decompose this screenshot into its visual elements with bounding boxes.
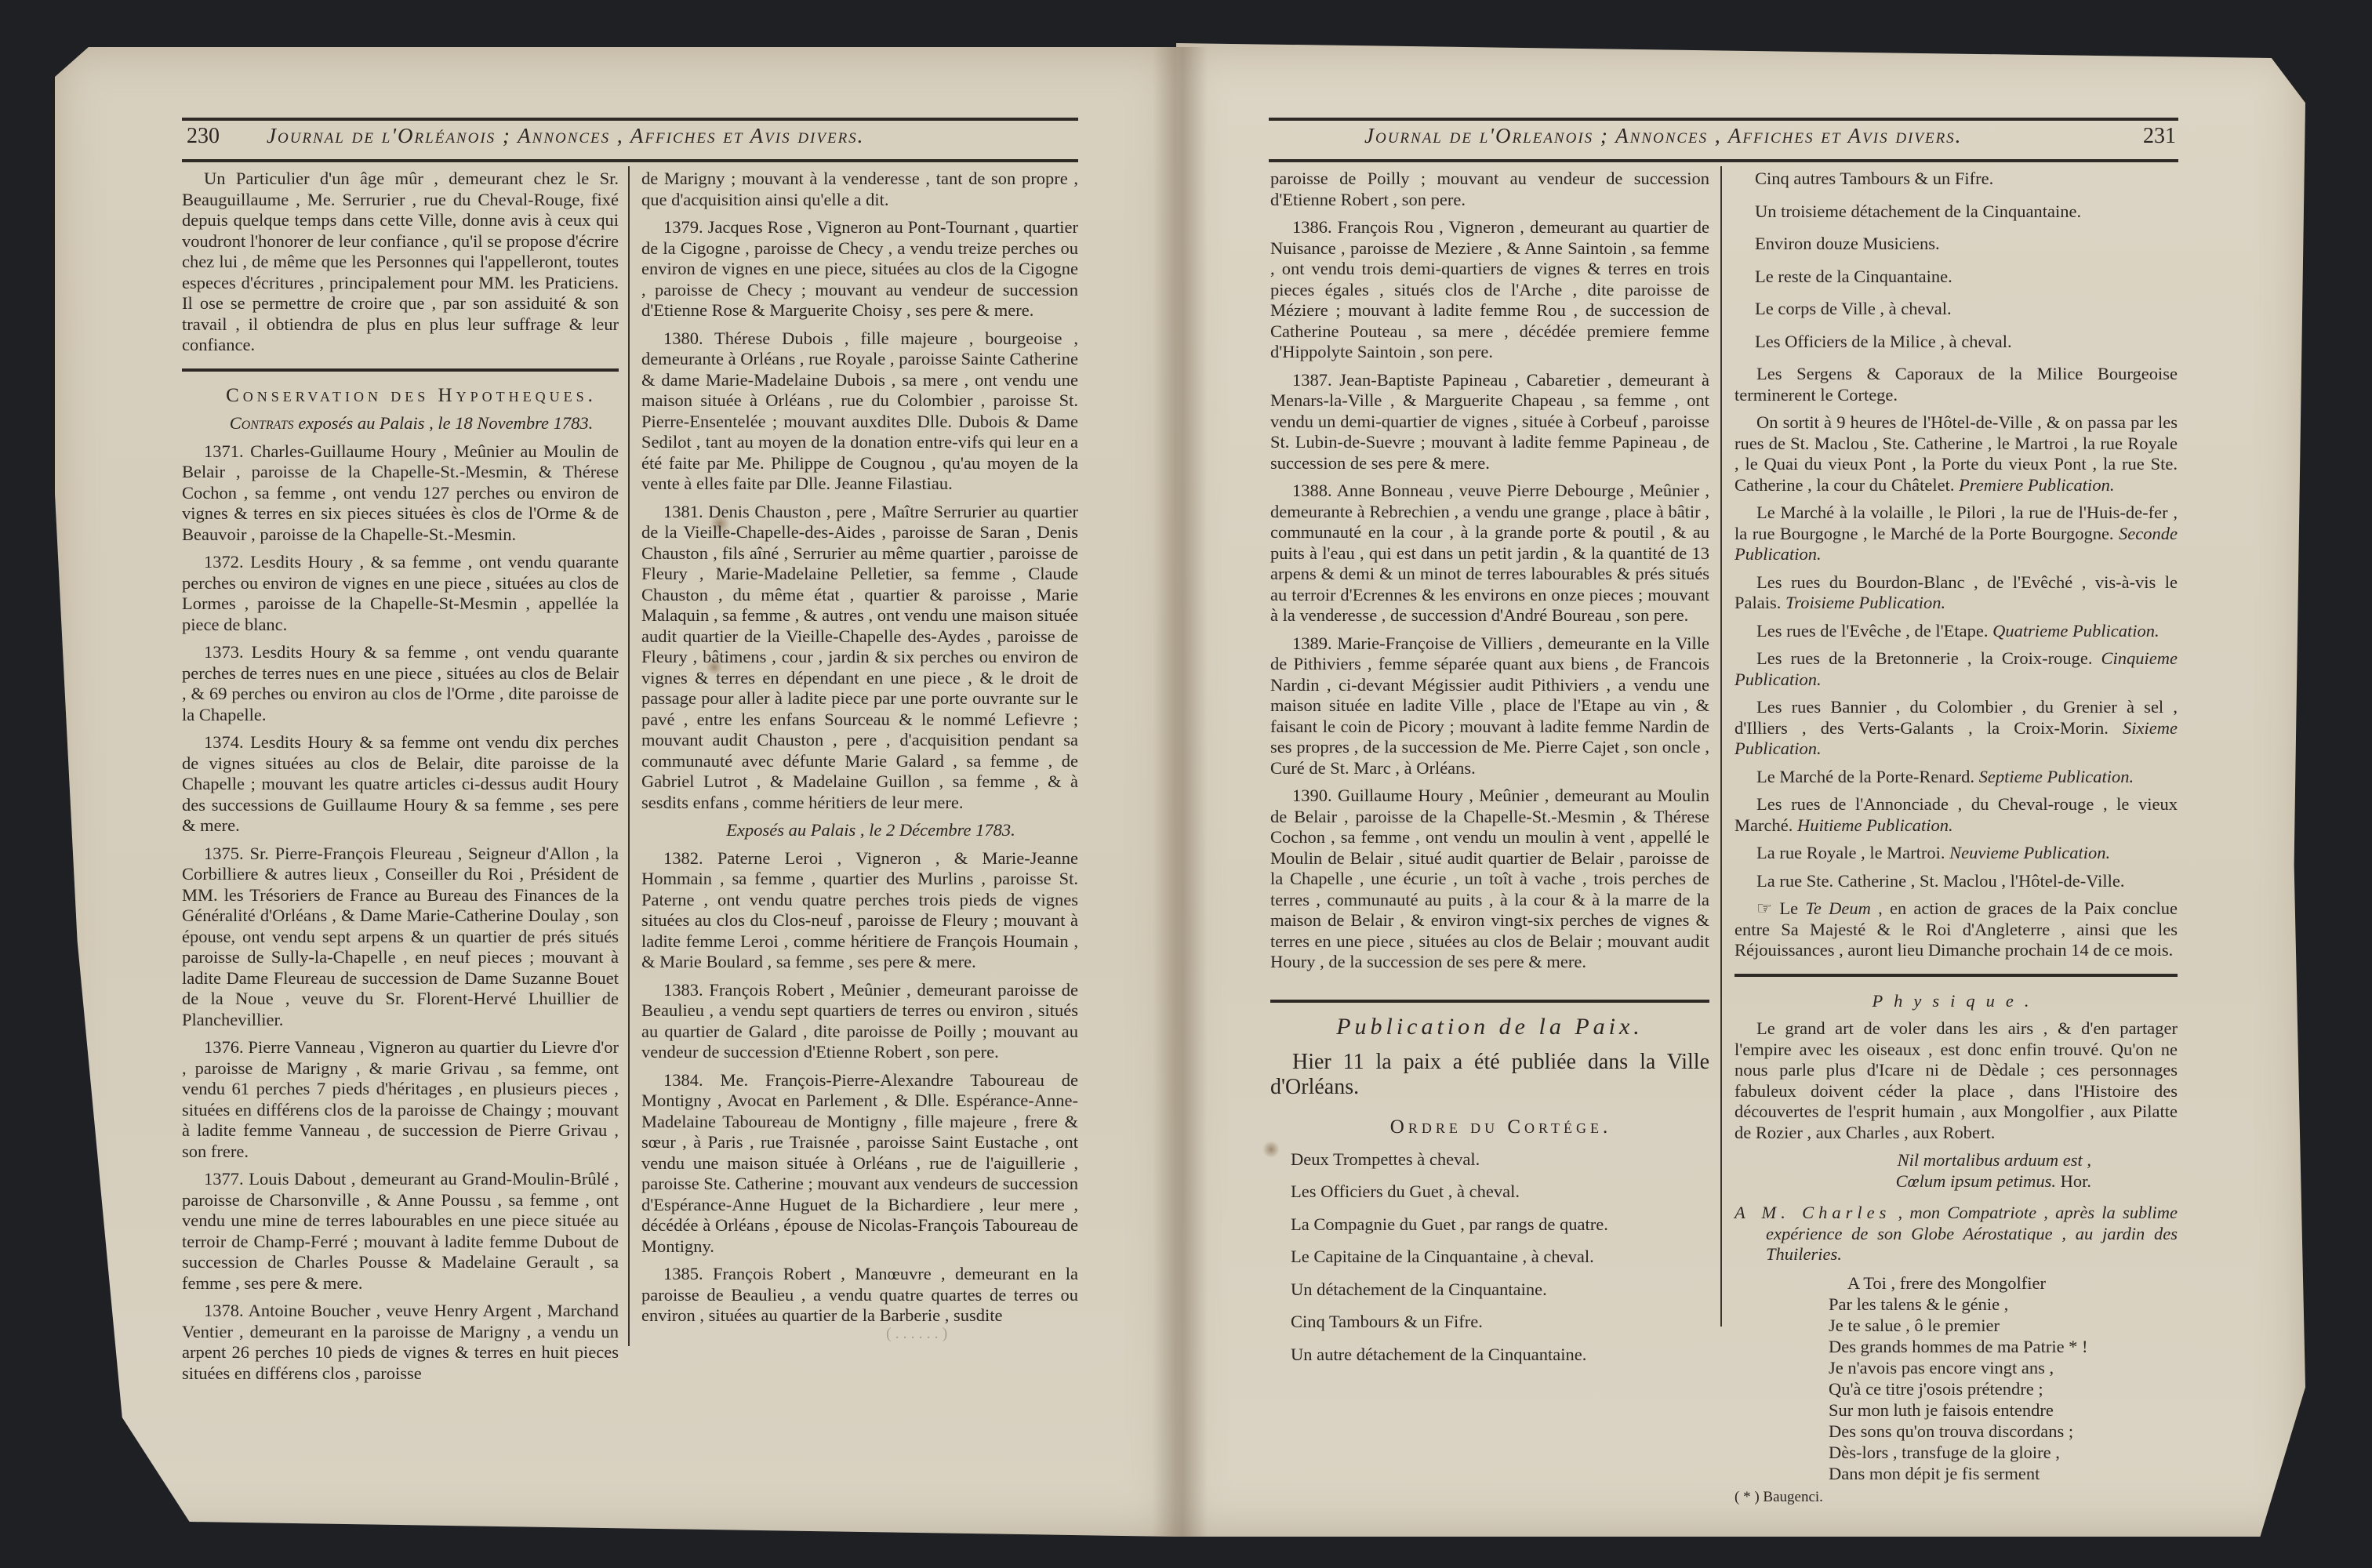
cortege-item: Le corps de Ville , à cheval. bbox=[1755, 299, 2178, 320]
cortege-final: Les Sergens & Caporaux de la Milice Bour… bbox=[1735, 364, 2178, 405]
column-divider bbox=[1720, 166, 1722, 1327]
page-number-left: 230 bbox=[187, 124, 220, 149]
route-4: Les rues de l'Evêche , de l'Etape. Quatr… bbox=[1735, 621, 2178, 642]
pointing-hand-icon: ☞ bbox=[1756, 898, 1772, 918]
running-header-left: Journal de l'Orléanois ; Annonces , Affi… bbox=[267, 124, 864, 148]
cortege-item: Les Officiers de la Milice , à cheval. bbox=[1755, 332, 2178, 353]
contract-entry-1383: 1383. François Robert , Meûnier , demeur… bbox=[641, 980, 1078, 1063]
physique-title: Physique. bbox=[1735, 991, 2178, 1012]
route-3: Les rues du Bourdon-Blanc , de l'Evêché … bbox=[1735, 572, 2178, 614]
route-10: La rue Ste. Catherine , St. Maclou , l'H… bbox=[1735, 871, 2178, 892]
contract-entry-1390: 1390. Guillaume Houry , Meûnier , demeur… bbox=[1270, 786, 1709, 973]
route-7: Le Marché de la Porte-Renard. Septieme P… bbox=[1735, 767, 2178, 788]
route-1: On sortit à 9 heures de l'Hôtel-de-Ville… bbox=[1735, 412, 2178, 495]
cortege-item: Deux Trompettes à cheval. bbox=[1291, 1149, 1709, 1171]
contract-entry-1384: 1384. Me. François-Pierre-Alexandre Tabo… bbox=[641, 1070, 1078, 1258]
cortege-item: Le Capitaine de la Cinquantaine , à chev… bbox=[1291, 1247, 1709, 1268]
route-9: La rue Royale , le Martroi. Neuvieme Pub… bbox=[1735, 843, 2178, 864]
header-rule-top bbox=[182, 118, 1078, 121]
publication-lead: Hier 11 la paix a été publiée dans la Vi… bbox=[1270, 1050, 1709, 1100]
contract-entry-1379: 1379. Jacques Rose , Vigneron au Pont-To… bbox=[641, 217, 1078, 321]
page-gutter bbox=[1153, 47, 1208, 1537]
contract-entry-1372: 1372. Lesdits Houry , & sa femme , ont v… bbox=[182, 552, 619, 635]
cortege-item: Cinq Tambours & un Fifre. bbox=[1291, 1312, 1709, 1333]
contract-entry-1381: 1381. Denis Chauston , pere , Maître Ser… bbox=[641, 502, 1078, 814]
cortege-list: Deux Trompettes à cheval. Les Officiers … bbox=[1270, 1149, 1709, 1366]
column-divider bbox=[628, 166, 630, 1346]
cortege-item: Un détachement de la Cinquantaine. bbox=[1291, 1279, 1709, 1301]
te-deum-notice: ☞ Le Te Deum , en action de graces de la… bbox=[1735, 898, 2178, 961]
header-rule-bottom bbox=[1269, 159, 2178, 162]
contract-entry-1378: 1378. Antoine Boucher , veuve Henry Arge… bbox=[182, 1301, 619, 1384]
cortege-item: La Compagnie du Guet , par rangs de quat… bbox=[1291, 1214, 1709, 1236]
cortege-item: Environ douze Musiciens. bbox=[1755, 234, 2178, 255]
left-page-column-2: de Marigny ; mouvant à la venderesse , t… bbox=[641, 169, 1078, 1334]
contract-entry-1388: 1388. Anne Bonneau , veuve Pierre Debour… bbox=[1270, 481, 1709, 626]
contract-entry-1377: 1377. Louis Dabout , demeurant au Grand-… bbox=[182, 1169, 619, 1294]
header-rule-bottom bbox=[182, 159, 1078, 162]
section-rule bbox=[1270, 1000, 1709, 1003]
poem: A Toi , frere des Mongolfier Par les tal… bbox=[1829, 1272, 2178, 1484]
contract-entry-1389: 1389. Marie-Françoise de Villiers , deme… bbox=[1270, 633, 1709, 779]
footnote: ( * ) Baugenci. bbox=[1735, 1487, 2178, 1508]
contract-entry-1386: 1386. François Rou , Vigneron , demeuran… bbox=[1270, 217, 1709, 363]
section-rule bbox=[182, 368, 619, 372]
route-8: Les rues de l'Annonciade , du Cheval-rou… bbox=[1735, 794, 2178, 836]
route-6: Les rues Bannier , du Colombier , du Gre… bbox=[1735, 697, 2178, 760]
bleed-through-stamp: ( . . . . . . ) bbox=[886, 1325, 947, 1343]
section-subtitle: Contrats exposés au Palais , le 18 Novem… bbox=[182, 413, 619, 434]
physique-text: Le grand art de voler dans les airs , & … bbox=[1735, 1018, 2178, 1143]
publication-paix-title: Publication de la Paix. bbox=[1270, 1017, 1709, 1038]
contract-entry-1371: 1371. Charles-Guillaume Houry , Meûnier … bbox=[182, 441, 619, 546]
contract-entry-1382: 1382. Paterne Leroi , Vigneron , & Marie… bbox=[641, 848, 1078, 973]
section-title-hypotheques: Conservation des Hypotheques. bbox=[182, 386, 619, 407]
subheading-december: Exposés au Palais , le 2 Décembre 1783. bbox=[641, 820, 1078, 841]
route-2: Le Marché à la volaille , le Pilori , la… bbox=[1735, 503, 2178, 565]
cortege-item: Le reste de la Cinquantaine. bbox=[1755, 267, 2178, 288]
left-page-column-1: Un Particulier d'un âge mûr , demeurant … bbox=[182, 169, 619, 1391]
contract-entry-1385: 1385. François Robert , Manœuvre , demeu… bbox=[641, 1264, 1078, 1327]
scrivener-notice: Un Particulier d'un âge mûr , demeurant … bbox=[182, 169, 619, 356]
cortege-item: Un autre détachement de la Cinquantaine. bbox=[1291, 1345, 1709, 1366]
header-rule-top bbox=[1269, 118, 2178, 121]
right-page-column-1: paroisse de Poilly ; mouvant au vendeur … bbox=[1270, 169, 1709, 1377]
contract-entry-1380: 1380. Thérese Dubois , fille majeure , b… bbox=[641, 328, 1078, 495]
cortege-item: Les Officiers du Guet , à cheval. bbox=[1291, 1181, 1709, 1203]
contract-entry-1375: 1375. Sr. Pierre-François Fleureau , Sei… bbox=[182, 844, 619, 1031]
continuation-text: paroisse de Poilly ; mouvant au vendeur … bbox=[1270, 169, 1709, 210]
route-5: Les rues de la Bretonnerie , la Croix-ro… bbox=[1735, 648, 2178, 690]
cortege-list-continued: Cinq autres Tambours & un Fifre. Un troi… bbox=[1735, 169, 2178, 352]
poem-dedication: A M. Charles , mon Compatriote , après l… bbox=[1735, 1203, 2178, 1265]
cortege-item: Cinq autres Tambours & un Fifre. bbox=[1755, 169, 2178, 190]
section-rule bbox=[1735, 974, 2178, 977]
contract-entry-1373: 1373. Lesdits Houry & sa femme , ont ven… bbox=[182, 642, 619, 725]
contract-entry-1376: 1376. Pierre Vanneau , Vigneron au quart… bbox=[182, 1037, 619, 1162]
cortege-title: Ordre du Cortége. bbox=[1270, 1117, 1709, 1138]
running-header-right: Journal de l'Orleanois ; Annonces , Affi… bbox=[1364, 124, 1962, 148]
latin-motto: Nil mortalibus arduum est , Cœlum ipsum … bbox=[1735, 1150, 2178, 1192]
page-number-right: 231 bbox=[2143, 124, 2176, 149]
contract-entry-1387: 1387. Jean-Baptiste Papineau , Cabaretie… bbox=[1270, 370, 1709, 474]
right-page-column-2: Cinq autres Tambours & un Fifre. Un troi… bbox=[1735, 169, 2178, 1515]
contract-entry-1374: 1374. Lesdits Houry & sa femme ont vendu… bbox=[182, 732, 619, 837]
cortege-item: Un troisieme détachement de la Cinquanta… bbox=[1755, 201, 2178, 223]
continuation-text: de Marigny ; mouvant à la venderesse , t… bbox=[641, 169, 1078, 210]
